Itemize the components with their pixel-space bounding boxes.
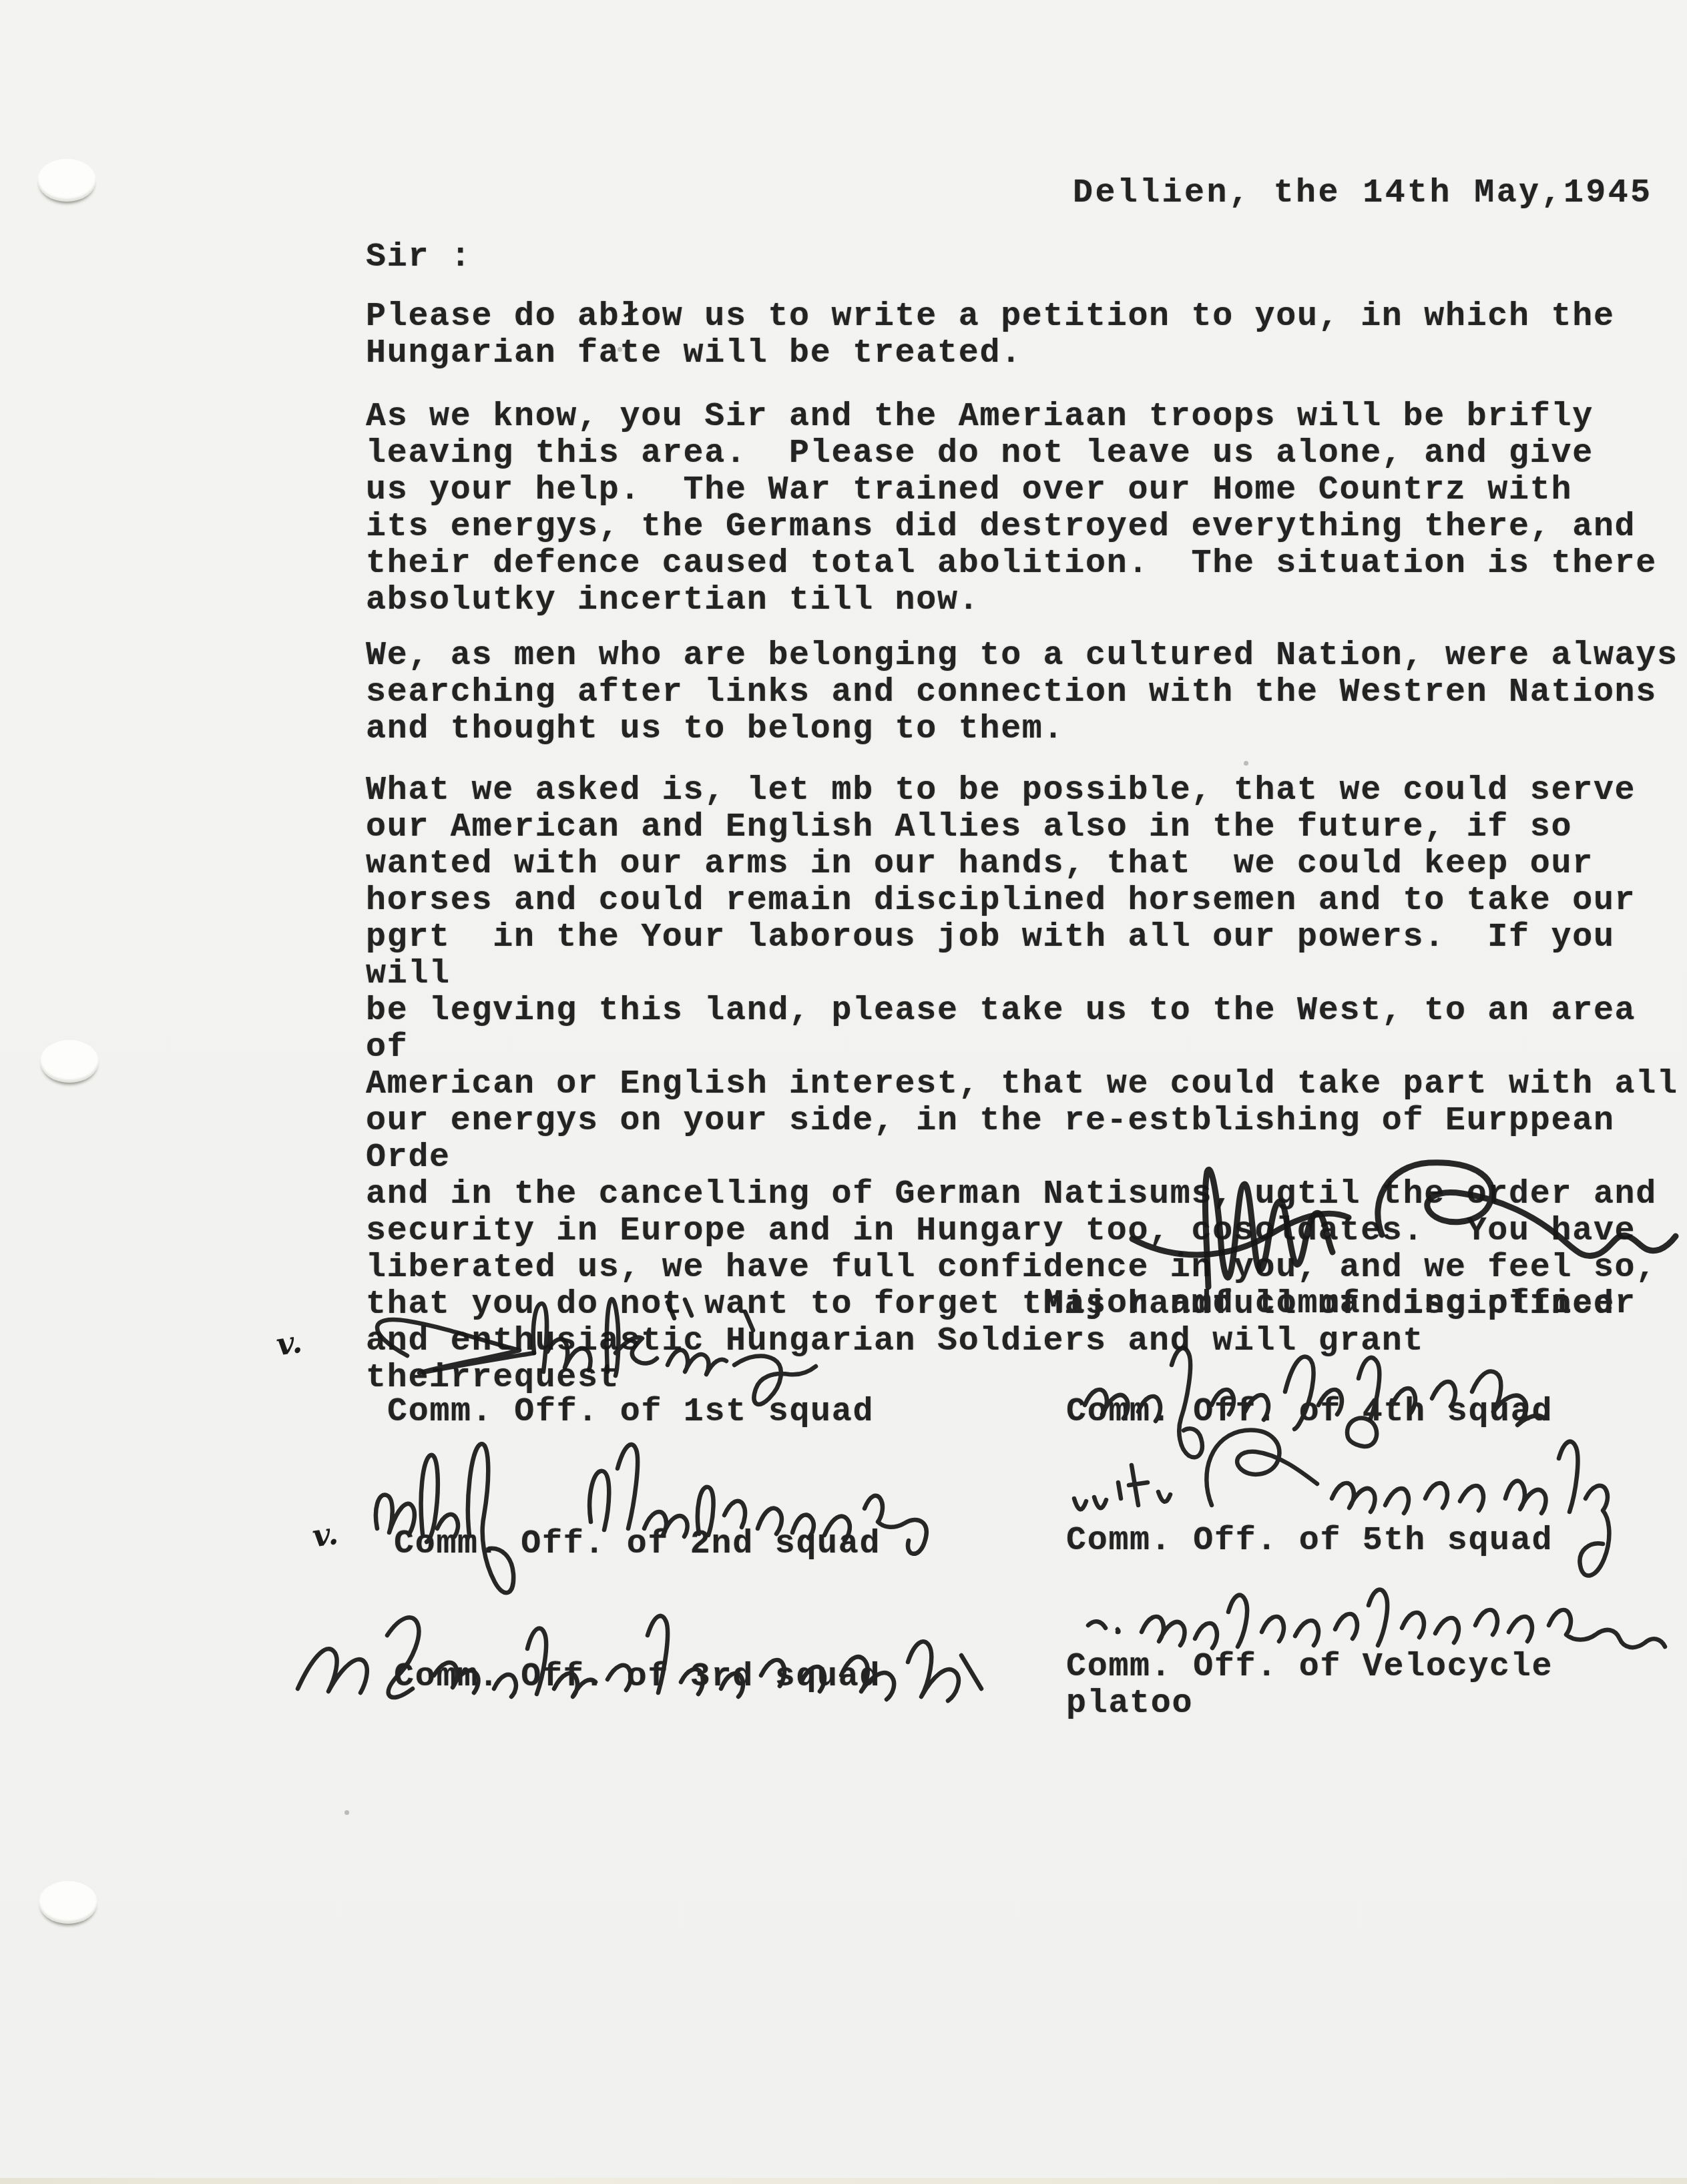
paragraph-1: Please do abłow us to write a petition t…	[366, 298, 1615, 372]
paragraph-3: We, as men who are belonging to a cultur…	[366, 637, 1678, 748]
caption-3rd-squad: Comm. Off. of 3rd squad	[394, 1659, 881, 1695]
caption-4th-squad: Comm. Off. of 4th squad	[1066, 1394, 1553, 1430]
caption-5th-squad: Comm. Off. of 5th squad	[1066, 1523, 1553, 1559]
dust-speck	[1244, 761, 1248, 766]
signature-velocycle-image	[1081, 1572, 1682, 1659]
paragraph-2: As we know, you Sir and the Ameriaan tro…	[366, 398, 1657, 619]
scanned-letter-page: { "page": { "paper_color": "#f2f3f0", "i…	[0, 0, 1687, 2184]
caption-2nd-squad: Comm. Off. of 2nd squad	[394, 1526, 881, 1563]
punch-hole-top	[37, 159, 96, 202]
caption-major: Major amd commanding officer	[1043, 1286, 1636, 1322]
punch-hole-bottom	[39, 1881, 97, 1924]
handwritten-v-mark-1: v.	[274, 1324, 304, 1363]
scan-bottom-edge	[0, 2178, 1687, 2184]
dateline: Dellien, the 14th May,1945	[1073, 175, 1653, 212]
dust-speck	[344, 1810, 349, 1815]
punch-hole-middle	[40, 1040, 99, 1083]
caption-velocycle: Comm. Off. of Velocycle platoo	[1066, 1649, 1687, 1722]
handwritten-v-mark-2: v.	[310, 1515, 340, 1555]
signature-major-image	[1128, 1153, 1682, 1297]
dust-speck	[618, 347, 622, 352]
salutation: Sir :	[366, 239, 472, 276]
caption-1st-squad: Comm. Off. of 1st squad	[387, 1394, 874, 1430]
